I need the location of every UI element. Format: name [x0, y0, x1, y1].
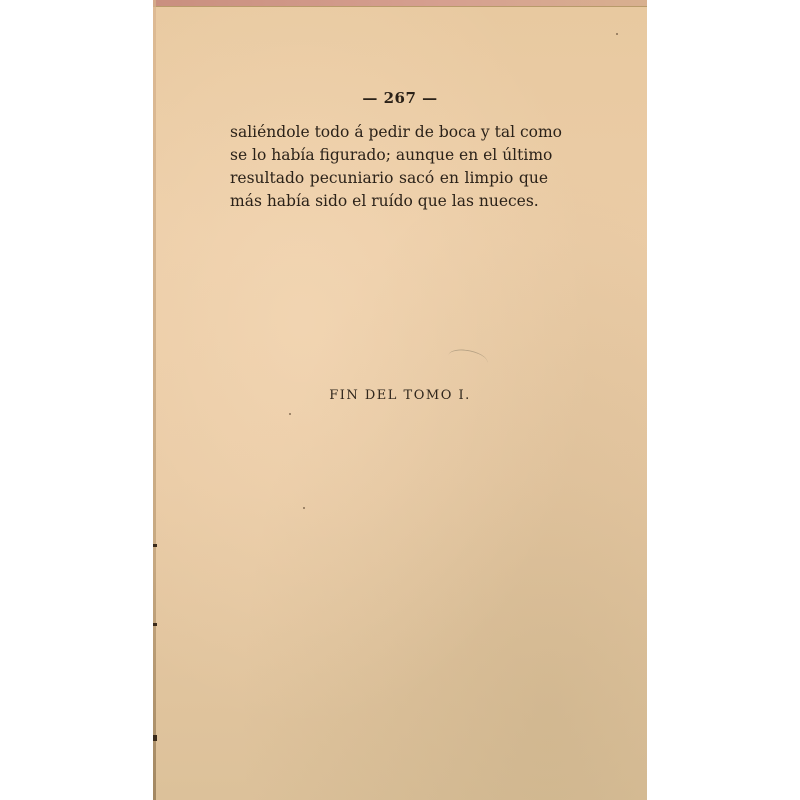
paragraph: saliéndole todo á pedir de boca y tal co… — [230, 121, 548, 213]
paper-speckle — [289, 413, 291, 415]
paper-speckle — [616, 33, 618, 35]
text-line: resultado pecuniario sacó en limpio que — [230, 167, 548, 190]
binding-mark — [153, 544, 157, 547]
end-of-volume-heading: FIN DEL TOMO I. — [153, 388, 647, 403]
binding-mark — [153, 623, 157, 626]
text-line: más había sido el ruído que las nueces. — [230, 190, 548, 213]
binding-mark — [153, 735, 157, 741]
page-top-edge — [153, 0, 647, 7]
text-line: saliéndole todo á pedir de boca y tal co… — [230, 121, 548, 144]
paper-speckle — [303, 507, 305, 509]
pencil-mark — [447, 348, 489, 371]
page-number: — 267 — — [153, 89, 647, 107]
book-page: — 267 — saliéndole todo á pedir de boca … — [153, 0, 647, 800]
text-line: se lo había figurado; aunque en el últim… — [230, 144, 548, 167]
